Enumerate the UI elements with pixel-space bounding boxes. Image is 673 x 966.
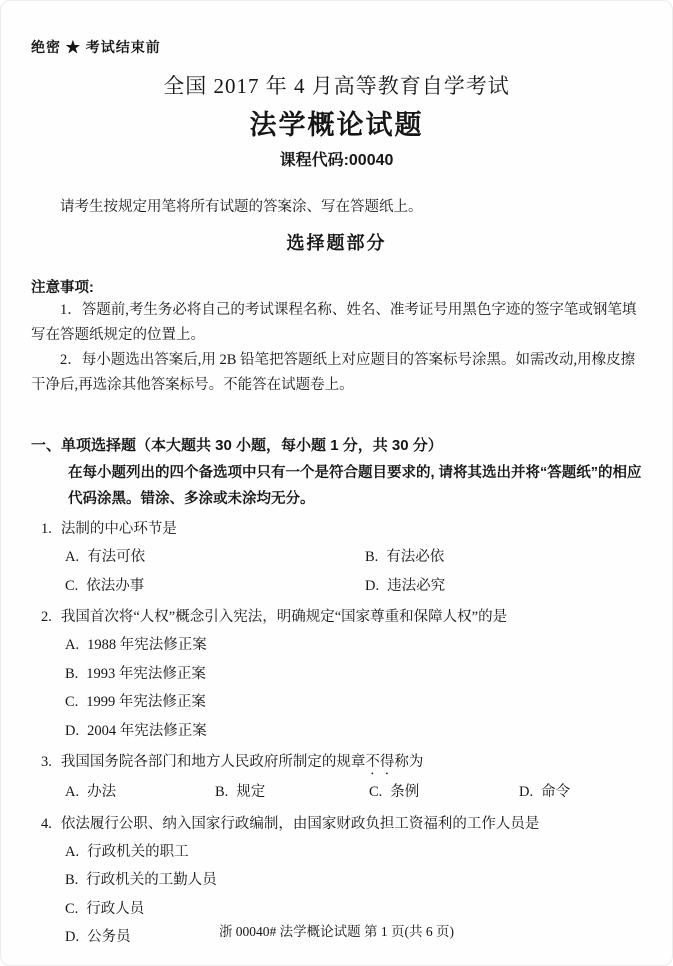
option-d: D.2004 年宪法修正案	[65, 717, 642, 746]
question-2-stem: 2.我国首次将“人权”概念引入宪法，明确规定“国家尊重和保障人权”的是	[41, 603, 642, 631]
option-text: 依法办事	[86, 578, 144, 594]
option-text: 行政机关的工勤人员	[86, 872, 217, 888]
option-text: 2004 年宪法修正案	[87, 723, 207, 739]
question-text: 称为	[394, 754, 423, 770]
option-label: B.	[215, 778, 228, 807]
option-text: 1999 年宪法修正案	[86, 694, 206, 710]
option-text: 有法可依	[87, 549, 145, 565]
question-3-options: A.办法 B.规定 C.条例 D.命令	[65, 778, 642, 807]
option-b: B.有法必依	[365, 543, 642, 572]
note-item-1: 1．答题前,考生务必将自己的考试课程名称、姓名、准考证号用黑色字迹的签字笔或钢笔…	[31, 298, 642, 347]
option-text: 1993 年宪法修正案	[86, 666, 206, 682]
option-label: A.	[65, 543, 79, 572]
option-label: B.	[365, 543, 378, 572]
option-c: C.依法办事	[65, 572, 365, 601]
option-label: A.	[65, 631, 79, 660]
option-label: C.	[65, 895, 78, 924]
option-label: C.	[65, 572, 78, 601]
option-text: 违法必究	[387, 578, 445, 594]
question-number: 3.	[41, 748, 52, 776]
question-text: 依法履行公职、纳入国家行政编制，由国家财政负担工资福利的工作人员是	[61, 816, 540, 832]
question-3-stem: 3.我国国务院各部门和地方人民政府所制定的规章不得称为	[41, 748, 642, 778]
option-c: C.条例	[369, 778, 519, 807]
question-text: 我国首次将“人权”概念引入宪法，明确规定“国家尊重和保障人权”的是	[61, 609, 507, 625]
option-b: B.规定	[215, 778, 369, 807]
question-3: 3.我国国务院各部门和地方人民政府所制定的规章不得称为 A.办法 B.规定 C.…	[31, 748, 642, 807]
option-c: C.1999 年宪法修正案	[65, 688, 642, 717]
option-b: B.1993 年宪法修正案	[65, 660, 642, 689]
question-1-options: A.有法可依 B.有法必依 C.依法办事 D.违法必究	[65, 543, 642, 600]
question-number: 4.	[41, 810, 52, 838]
notes-title: 注意事项:	[31, 276, 642, 297]
question-text-emphasized: 不得	[365, 754, 394, 770]
option-label: B.	[65, 866, 78, 895]
exam-paper-page: 绝密 ★ 考试结束前 全国 2017 年 4 月高等教育自学考试 法学概论试题 …	[0, 0, 673, 966]
option-text: 办法	[87, 784, 116, 800]
option-text: 行政人员	[86, 901, 144, 917]
question-2: 2.我国首次将“人权”概念引入宪法，明确规定“国家尊重和保障人权”的是 A.19…	[31, 603, 642, 745]
option-text: 行政机关的职工	[87, 844, 189, 860]
option-text: 条例	[390, 784, 419, 800]
option-a: A.有法可依	[65, 543, 365, 572]
question-text: 我国国务院各部门和地方人民政府所制定的规章	[61, 754, 366, 770]
question-2-options: A.1988 年宪法修正案 B.1993 年宪法修正案 C.1999 年宪法修正…	[65, 631, 642, 745]
option-b: B.行政机关的工勤人员	[65, 866, 642, 895]
question-number: 2.	[41, 603, 52, 631]
option-text: 1988 年宪法修正案	[87, 637, 207, 653]
option-d: D.违法必究	[365, 572, 642, 601]
option-a: A.办法	[65, 778, 215, 807]
option-label: C.	[65, 688, 78, 717]
part1-instruction: 在每小题列出的四个备选项中只有一个是符合题目要求的, 请将其选出并将“答题纸”的…	[68, 460, 642, 512]
option-text: 规定	[236, 784, 265, 800]
question-1-stem: 1.法制的中心环节是	[41, 515, 642, 543]
option-text: 命令	[541, 784, 570, 800]
option-label: D.	[365, 572, 379, 601]
page-footer: 浙 00040# 法学概论试题 第 1 页(共 6 页)	[1, 920, 672, 940]
option-label: A.	[65, 838, 79, 867]
question-4-stem: 4.依法履行公职、纳入国家行政编制，由国家财政负担工资福利的工作人员是	[41, 810, 642, 838]
option-label: A.	[65, 778, 79, 807]
option-label: D.	[519, 778, 533, 807]
option-text: 有法必依	[386, 549, 444, 565]
exam-title: 全国 2017 年 4 月高等教育自学考试	[31, 70, 642, 100]
general-instruction: 请考生按规定用笔将所有试题的答案涂、写在答题纸上。	[31, 195, 642, 216]
subject-title: 法学概论试题	[31, 103, 642, 142]
option-c: C.行政人员	[65, 895, 642, 924]
option-a: A.行政机关的职工	[65, 838, 642, 867]
option-label: D.	[65, 717, 79, 746]
option-d: D.命令	[519, 778, 642, 807]
secrecy-label: 绝密 ★ 考试结束前	[31, 37, 642, 57]
course-code: 课程代码:00040	[31, 147, 642, 170]
note-item-2: 2．每小题选出答案后,用 2B 铅笔把答题纸上对应题目的答案标号涂黑。如需改动,…	[31, 348, 642, 397]
part1-heading: 一、单项选择题（本大题共 30 小题，每小题 1 分，共 30 分）	[31, 434, 642, 455]
option-label: B.	[65, 660, 78, 689]
question-1: 1.法制的中心环节是 A.有法可依 B.有法必依 C.依法办事 D.违法必究	[31, 515, 642, 600]
section-heading: 选择题部分	[31, 229, 642, 255]
question-number: 1.	[41, 515, 52, 543]
option-label: C.	[369, 778, 382, 807]
question-text: 法制的中心环节是	[61, 521, 177, 537]
option-a: A.1988 年宪法修正案	[65, 631, 642, 660]
